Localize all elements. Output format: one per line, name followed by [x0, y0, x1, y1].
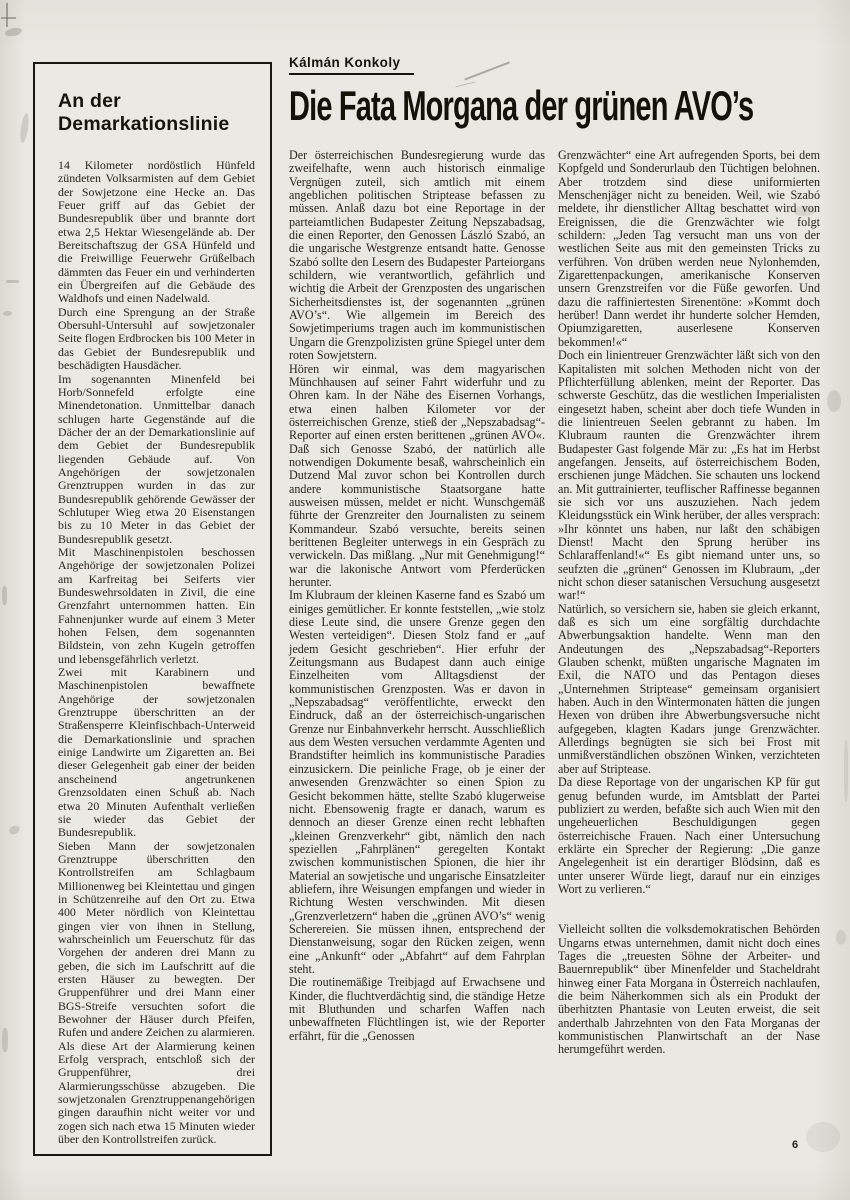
- main-article: Kálmán Konkoly Die Fata Morgana der grün…: [289, 54, 820, 1057]
- scan-registration-mark: [1, 17, 16, 19]
- article-column-2: Grenzwächter“ eine Art aufregenden Sport…: [558, 149, 820, 1057]
- magazine-page: An der Demarkationslinie 14 Kilometer no…: [0, 0, 850, 1200]
- page-number: 6: [792, 1139, 798, 1151]
- article-paragraph: Doch ein linientreuer Grenzwächter läßt …: [558, 349, 820, 603]
- scan-smudge: [836, 930, 846, 945]
- article-paragraph: Hören wir einmal, was dem magyarischen M…: [289, 363, 545, 590]
- sidebar-article-title: An der Demarkationslinie: [58, 90, 255, 135]
- scan-smudge: [19, 113, 30, 144]
- scan-registration-mark: [6, 3, 8, 27]
- sidebar-paragraph: Sieben Mann der sowjetzonalen Grenztrupp…: [58, 840, 255, 1147]
- article-columns: Der österreichischen Bundesregierung wur…: [289, 149, 820, 1057]
- article-paragraph: Grenzwächter“ eine Art aufregenden Sport…: [558, 149, 820, 349]
- scan-smudge: [2, 1028, 8, 1052]
- article-byline: Kálmán Konkoly: [289, 55, 414, 75]
- sidebar-paragraph: Durch eine Sprengung an der Straße Obers…: [58, 306, 255, 373]
- scan-smudge: [8, 824, 21, 835]
- article-column-1: Der österreichischen Bundesregierung wur…: [289, 149, 545, 1057]
- article-paragraph: Die routinemäßige Treibjagd auf Erwachse…: [289, 976, 545, 1043]
- scan-smudge: [4, 26, 22, 37]
- sidebar-paragraph: 14 Kilometer nordöstlich Hünfeld zündete…: [58, 159, 255, 306]
- article-closing-paragraph: Vielleicht sollten die volksdemokratisch…: [558, 923, 820, 1056]
- article-paragraph: Der österreichischen Bundesregierung wur…: [289, 149, 545, 363]
- scan-smudge: [6, 280, 19, 283]
- sidebar-paragraph: Zwei mit Karabinern und Maschinenpistole…: [58, 666, 255, 839]
- article-headline: Die Fata Morgana der grünen AVO’s: [289, 84, 655, 128]
- article-paragraph: Natürlich, so versichern sie, haben sie …: [558, 603, 820, 776]
- scan-smudge: [2, 586, 7, 605]
- sidebar-article-box: An der Demarkationslinie 14 Kilometer no…: [33, 62, 272, 1156]
- scan-smudge: [3, 311, 12, 316]
- sidebar-paragraph: Im sogenannten Minenfeld bei Horb/Sonnef…: [58, 373, 255, 546]
- scan-smudge: [844, 740, 848, 802]
- article-paragraph: Im Klubraum der kleinen Kaserne fand es …: [289, 589, 545, 976]
- scan-smudge: [806, 1122, 840, 1152]
- sidebar-paragraph: Mit Maschinenpistolen beschossen Angehör…: [58, 546, 255, 666]
- article-paragraph: Da diese Reportage von der ungarischen K…: [558, 776, 820, 896]
- scan-smudge: [827, 390, 841, 412]
